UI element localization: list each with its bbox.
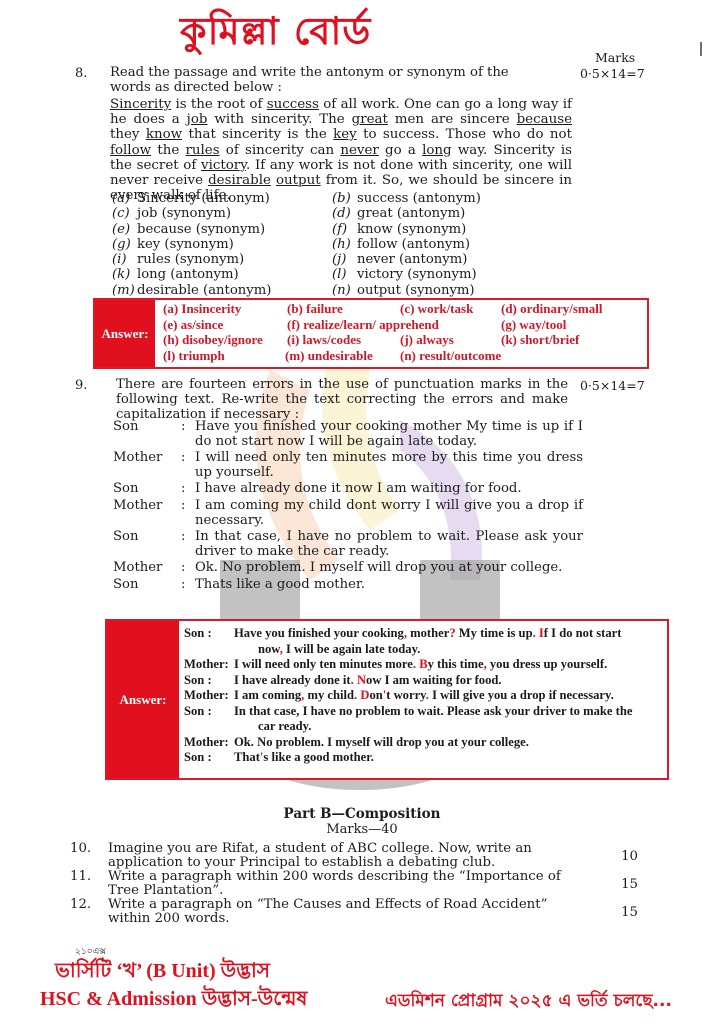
- word-list-row: (e)because (synonym)(f)know (synonym): [112, 222, 552, 237]
- dialogue-text: Thats like a good mother.: [195, 578, 583, 593]
- word-list-row: (i)rules (synonym)(j)never (antonym): [112, 252, 552, 267]
- item-label: (f): [332, 222, 357, 237]
- item-text: because (synonym): [137, 222, 265, 237]
- item-text: Sincerity (antonym): [137, 191, 270, 206]
- text: t worry: [386, 688, 426, 702]
- target-word: job: [187, 112, 208, 127]
- word-item: (l)victory (synonym): [332, 267, 552, 282]
- item-text: success (antonym): [357, 191, 481, 206]
- item-label: (l): [332, 267, 357, 282]
- question-8-answer-box: Answer: (a) Insincerity(b) failure(c) wo…: [93, 298, 649, 369]
- text: I will be again late today.: [283, 642, 421, 656]
- colon: :: [181, 530, 195, 559]
- target-word: long: [422, 143, 452, 158]
- text: mother: [407, 626, 449, 640]
- text: I will need only ten minutes more: [234, 657, 413, 671]
- question-marks: 10: [578, 842, 668, 870]
- dialogue-text: Ok. No problem. I myself will drop you a…: [195, 561, 583, 576]
- item-text: never (antonym): [357, 252, 467, 267]
- text: s like a good mother.: [263, 750, 373, 764]
- text: Have you finished your cooking: [234, 626, 404, 640]
- answer-text: I will need only ten minutes more. By th…: [234, 657, 667, 673]
- question-number: 10.: [70, 842, 108, 870]
- target-word: victory: [201, 158, 246, 173]
- answer-line-continuation: now, I will be again late today.: [184, 642, 667, 658]
- word-item: (d)great (antonym): [332, 206, 552, 221]
- part-b-marks: Marks—40: [0, 822, 724, 837]
- answer-item: (g) way/tool: [501, 317, 566, 333]
- question-text: Write a paragraph on “The Causes and Eff…: [108, 898, 578, 926]
- word-list-row: (g)key (synonym)(h)follow (antonym): [112, 237, 552, 252]
- word-item: (j)never (antonym): [332, 252, 552, 267]
- item-label: (e): [112, 222, 137, 237]
- word-item: (m)desirable (antonym): [112, 283, 332, 298]
- passage-text: is the root of: [171, 97, 267, 112]
- dialogue-text: I am coming my child dont worry I will g…: [195, 499, 583, 528]
- passage-text: they: [110, 127, 146, 142]
- question-11: 11. Write a paragraph within 200 words d…: [70, 870, 670, 898]
- answer-line-continuation: car ready.: [184, 719, 667, 735]
- answer-item: (k) short/brief: [501, 332, 579, 348]
- text: I am coming: [234, 688, 301, 702]
- word-list-row: (k)long (antonym)(l)victory (synonym): [112, 267, 552, 282]
- text: f I do not start: [544, 626, 622, 640]
- dialogue-text: In that case, I have no problem to wait.…: [195, 530, 583, 559]
- question-number: 11.: [70, 870, 108, 898]
- dialogue-text: I have already done it now I am waiting …: [195, 482, 583, 497]
- item-text: job (synonym): [137, 206, 231, 221]
- target-word: desirable: [208, 173, 271, 188]
- passage-text: go a: [379, 143, 422, 158]
- item-label: (i): [112, 252, 137, 267]
- word-item: (g)key (synonym): [112, 237, 332, 252]
- dialogue-line: Mother:Ok. No problem. I myself will dro…: [113, 561, 583, 576]
- speaker: Son: [113, 530, 181, 559]
- speaker: Son: [113, 482, 181, 497]
- dialogue-line: Mother:I am coming my child dont worry I…: [113, 499, 583, 528]
- answer-line: Son : That's like a good mother.: [184, 750, 667, 766]
- marks-heading: Marks: [595, 50, 635, 65]
- text: you dress up yourself.: [487, 657, 607, 671]
- question-9-number: 9.: [75, 378, 87, 393]
- answer-line: Son : Have you finished your cooking, mo…: [184, 626, 667, 642]
- answer-item: (a) Insincerity: [163, 301, 241, 317]
- answer-text: In that case, I have no problem to wait.…: [234, 704, 667, 720]
- word-item: (f)know (synonym): [332, 222, 552, 237]
- word-item: (c)job (synonym): [112, 206, 332, 221]
- item-label: (j): [332, 252, 357, 267]
- target-word: Sincerity: [110, 97, 171, 112]
- passage-text: the: [151, 143, 185, 158]
- item-label: (c): [112, 206, 137, 221]
- colon: :: [181, 451, 195, 480]
- question-number: 12.: [70, 898, 108, 926]
- text: y this time: [428, 657, 484, 671]
- passage-text: that sincerity is the: [182, 127, 333, 142]
- answer-text: I have already done it. Now I am waiting…: [234, 673, 667, 689]
- answer-list: (a) Insincerity(b) failure(c) work/task(…: [155, 300, 647, 367]
- item-label: (b): [332, 191, 357, 206]
- correction: B: [419, 657, 427, 671]
- target-word: know: [146, 127, 182, 142]
- speaker: Mother: [113, 561, 181, 576]
- passage-text: with sincerity. The: [207, 112, 351, 127]
- question-9-instruction: There are fourteen errors in the use of …: [116, 377, 568, 422]
- answer-item: (l) triumph: [163, 348, 225, 364]
- answer-line: Mother: I am coming, my child. Don't wor…: [184, 688, 667, 704]
- question-12: 12. Write a paragraph on “The Causes and…: [70, 898, 670, 926]
- speaker: Son: [113, 420, 181, 449]
- text: now: [258, 642, 280, 656]
- part-b-title: Part B—Composition: [0, 806, 724, 822]
- target-word: never: [340, 143, 378, 158]
- speaker: Mother:: [184, 657, 234, 673]
- answer-text: Have you finished your cooking, mother? …: [234, 626, 667, 642]
- speaker: Mother: [113, 499, 181, 528]
- text: I have already done it: [234, 673, 351, 687]
- target-word: because: [517, 112, 572, 127]
- board-title: কুমিল্লা বোর্ড: [180, 2, 371, 66]
- answer-item: (e) as/since: [163, 317, 223, 333]
- item-text: output (synonym): [357, 283, 475, 298]
- answer-text: That's like a good mother.: [234, 750, 667, 766]
- target-word: rules: [185, 143, 219, 158]
- speaker: Son :: [184, 704, 234, 720]
- question-8-passage: Sincerity is the root of success of all …: [110, 97, 572, 203]
- answer-label: Answer:: [107, 621, 179, 778]
- colon: :: [181, 561, 195, 576]
- question-9-dialogue: Son:Have you finished your cooking mothe…: [113, 420, 583, 595]
- item-label: (a): [112, 191, 137, 206]
- target-word: great: [352, 112, 388, 127]
- dialogue-line: Mother:I will need only ten minutes more…: [113, 451, 583, 480]
- item-text: rules (synonym): [137, 252, 244, 267]
- question-9-answer-box: Answer: Son : Have you finished your coo…: [105, 619, 669, 780]
- word-item: (h)follow (antonym): [332, 237, 552, 252]
- text: car ready.: [258, 719, 311, 733]
- text: my child: [304, 688, 354, 702]
- question-9-marks: 0·5×14=7: [580, 378, 645, 393]
- item-text: long (antonym): [137, 267, 239, 282]
- question-text: Write a paragraph within 200 words descr…: [108, 870, 578, 898]
- target-word: follow: [110, 143, 151, 158]
- word-item: (i)rules (synonym): [112, 252, 332, 267]
- item-text: great (antonym): [357, 206, 465, 221]
- answer-item: (d) ordinary/small: [501, 301, 602, 317]
- answer-text: Ok. No problem. I myself will drop you a…: [234, 735, 667, 751]
- speaker: Mother:: [184, 735, 234, 751]
- dialogue-text: I will need only ten minutes more by thi…: [195, 451, 583, 480]
- speaker: Son: [113, 578, 181, 593]
- speaker: Mother:: [184, 688, 234, 704]
- word-list-row: (c)job (synonym)(d)great (antonym): [112, 206, 552, 221]
- question-8-instruction: Read the passage and write the antonym o…: [110, 65, 550, 95]
- scan-mark: [700, 42, 702, 56]
- dialogue-line: Son:In that case, I have no problem to w…: [113, 530, 583, 559]
- item-label: (m): [112, 283, 137, 298]
- footer-brand-line-2: HSC & Admission উদ্ভাস-উন্মেষ: [40, 984, 307, 1017]
- speaker: Son :: [184, 626, 234, 642]
- item-text: desirable (antonym): [137, 283, 271, 298]
- dialogue-line: Son:I have already done it now I am wait…: [113, 482, 583, 497]
- text: That: [234, 750, 260, 764]
- colon: :: [181, 499, 195, 528]
- word-item: (a)Sincerity (antonym): [112, 191, 332, 206]
- word-list-row: (a)Sincerity (antonym)(b)success (antony…: [112, 191, 552, 206]
- word-list-row: (m)desirable (antonym)(n)output (synonym…: [112, 283, 552, 298]
- question-marks: 15: [578, 870, 668, 898]
- answer-item: (n) result/outcome: [400, 348, 501, 364]
- word-item: (e)because (synonym): [112, 222, 332, 237]
- target-word: key: [333, 127, 357, 142]
- dialogue-line: Son:Have you finished your cooking mothe…: [113, 420, 583, 449]
- item-text: follow (antonym): [357, 237, 470, 252]
- correction: N: [357, 673, 366, 687]
- speaker: Son :: [184, 673, 234, 689]
- item-text: know (synonym): [357, 222, 466, 237]
- speaker: Son :: [184, 750, 234, 766]
- target-word: success: [267, 97, 319, 112]
- text: ow I am waiting for food.: [366, 673, 502, 687]
- question-8-number: 8.: [75, 66, 87, 81]
- answer-item: (b) failure: [287, 301, 343, 317]
- colon: :: [181, 482, 195, 497]
- item-label: (g): [112, 237, 137, 252]
- text: In that case, I have no problem to wait.…: [234, 704, 632, 718]
- passage-text: to success. Those who do not: [357, 127, 572, 142]
- answer-item: (j) always: [400, 332, 454, 348]
- answer-item: (c) work/task: [400, 301, 473, 317]
- answer-dialogue: Son : Have you finished your cooking, mo…: [179, 621, 667, 778]
- answer-item: (f) realize/learn/ apprehend: [287, 317, 439, 333]
- dialogue-line: Son:Thats like a good mother.: [113, 578, 583, 593]
- target-word: output: [276, 173, 321, 188]
- answer-line: Mother: I will need only ten minutes mor…: [184, 657, 667, 673]
- word-item: (k)long (antonym): [112, 267, 332, 282]
- answer-label: Answer:: [95, 300, 155, 367]
- passage-text: men are sincere: [388, 112, 517, 127]
- text: I will give you a drop if necessary.: [429, 688, 614, 702]
- answer-text: I am coming, my child. Don't worry. I wi…: [234, 688, 667, 704]
- item-text: victory (synonym): [357, 267, 477, 282]
- footer-promo: এডমিশন প্রোগ্রাম ২০২৫ এ ভর্তি চলছে...: [385, 988, 672, 1016]
- answer-line: Mother: Ok. No problem. I myself will dr…: [184, 735, 667, 751]
- question-text: Imagine you are Rifat, a student of ABC …: [108, 842, 578, 870]
- question-marks: 15: [578, 898, 668, 926]
- question-8-marks: 0·5×14=7: [580, 66, 645, 81]
- item-label: (n): [332, 283, 357, 298]
- text: on: [369, 688, 382, 702]
- answer-item: (m) undesirable: [285, 348, 373, 364]
- question-8-word-list: (a)Sincerity (antonym)(b)success (antony…: [112, 191, 552, 298]
- answer-line: Son : I have already done it. Now I am w…: [184, 673, 667, 689]
- word-item: (n)output (synonym): [332, 283, 552, 298]
- item-text: key (synonym): [137, 237, 234, 252]
- answer-item: (i) laws/codes: [287, 332, 361, 348]
- text: My time is up: [456, 626, 533, 640]
- item-label: (k): [112, 267, 137, 282]
- passage-text: of sincerity can: [220, 143, 341, 158]
- colon: :: [181, 578, 195, 593]
- answer-line: Son : In that case, I have no problem to…: [184, 704, 667, 720]
- speaker: Mother: [113, 451, 181, 480]
- answer-item: (h) disobey/ignore: [163, 332, 263, 348]
- question-10: 10. Imagine you are Rifat, a student of …: [70, 842, 670, 870]
- item-label: (d): [332, 206, 357, 221]
- item-label: (h): [332, 237, 357, 252]
- word-item: (b)success (antonym): [332, 191, 552, 206]
- colon: :: [181, 420, 195, 449]
- dialogue-text: Have you finished your cooking mother My…: [195, 420, 583, 449]
- text: Ok. No problem. I myself will drop you a…: [234, 735, 529, 749]
